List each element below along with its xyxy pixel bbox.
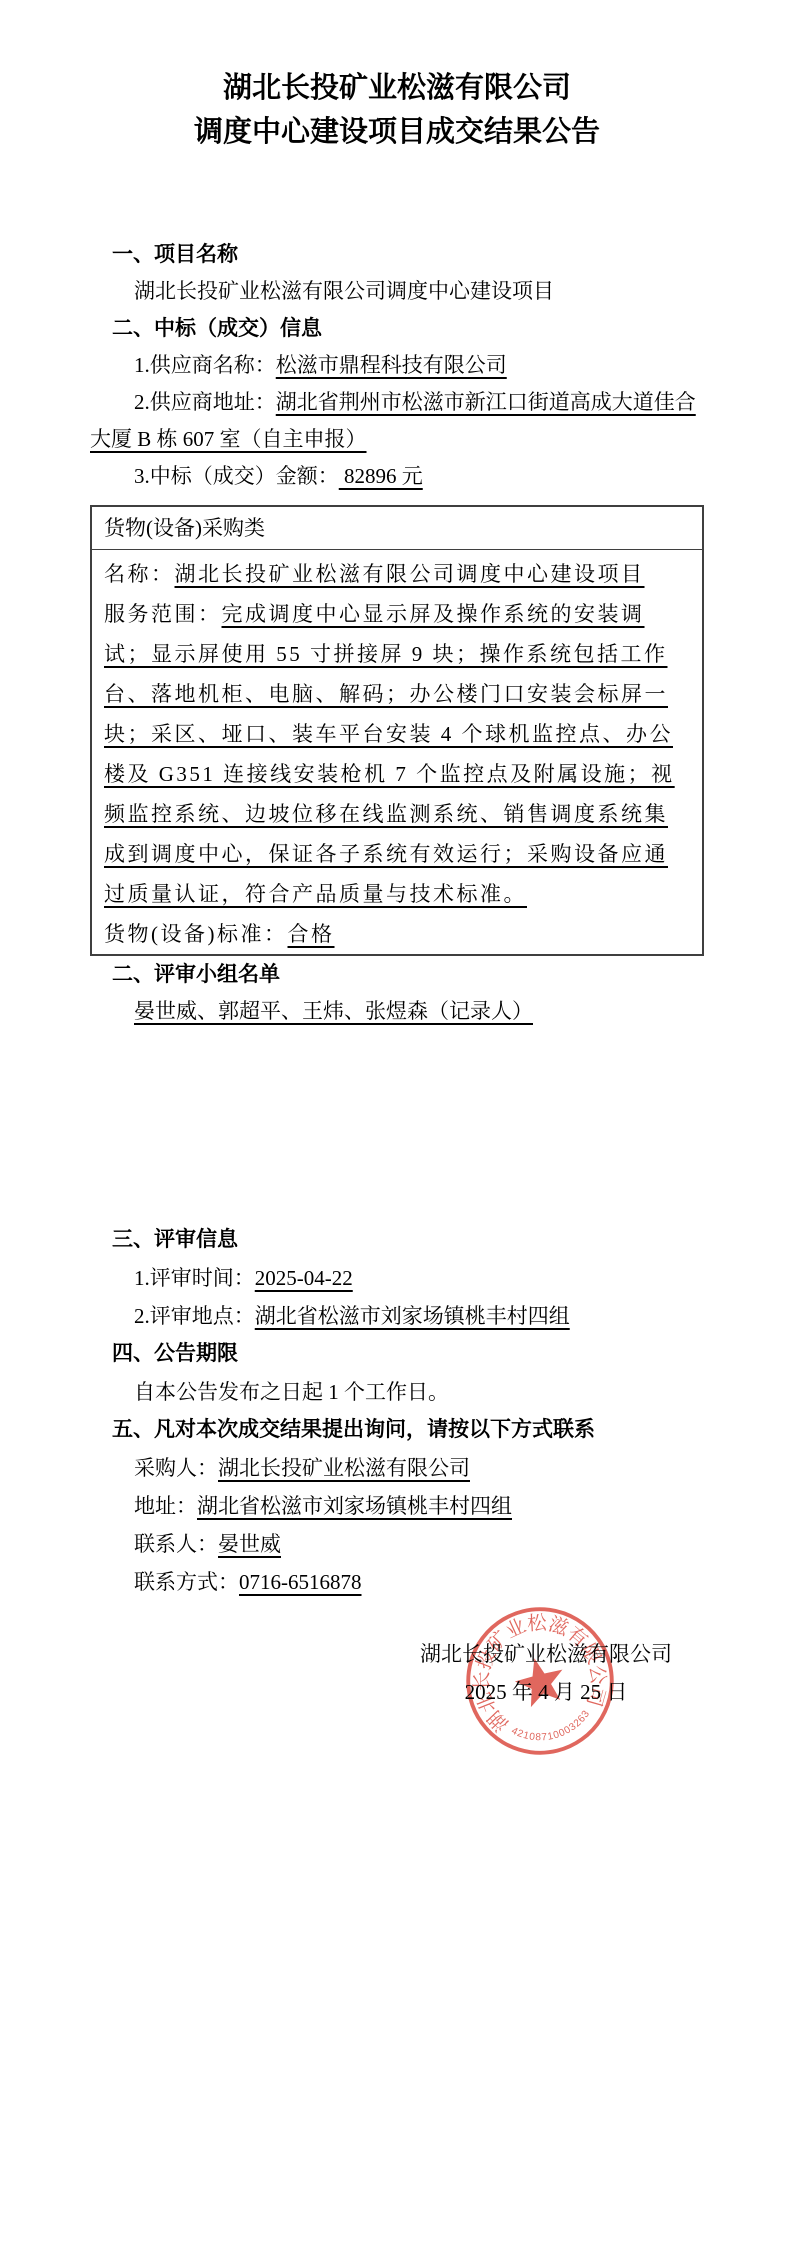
- service-scope-value: 完成调度中心显示屏及操作系统的安装调试；显示屏使用 55 寸拼接屏 9 块；操作…: [104, 602, 675, 906]
- seal-number-text: 42108710003263: [507, 1707, 596, 1752]
- contact-phone-line: 联系方式：0716-6516878: [90, 1563, 704, 1601]
- title-line-2: 调度中心建设项目成交结果公告: [90, 110, 704, 154]
- review-place-label: 2.评审地点：: [134, 1304, 255, 1328]
- review-time-value: 2025-04-22: [255, 1266, 353, 1290]
- goods-standard-value: 合格: [288, 922, 335, 946]
- review-time-label: 1.评审时间：: [134, 1266, 255, 1290]
- procurement-table: 货物(设备)采购类 名称：湖北长投矿业松滋有限公司调度中心建设项目 服务范围：完…: [90, 505, 704, 956]
- item-name-line: 名称：湖北长投矿业松滋有限公司调度中心建设项目: [104, 554, 690, 594]
- star-icon: [511, 1652, 570, 1709]
- procurement-detail-cell: 名称：湖北长投矿业松滋有限公司调度中心建设项目 服务范围：完成调度中心显示屏及操…: [92, 550, 702, 956]
- section3-heading: 三、评审信息: [112, 1221, 704, 1259]
- procurement-category-cell: 货物(设备)采购类: [92, 507, 702, 550]
- service-scope-line: 服务范围：完成调度中心显示屏及操作系统的安装调试；显示屏使用 55 寸拼接屏 9…: [104, 594, 690, 914]
- purchaser-line: 采购人：湖北长投矿业松滋有限公司: [90, 1449, 704, 1487]
- contact-phone-value: 0716-6516878: [239, 1570, 362, 1594]
- title-line-1: 湖北长投矿业松滋有限公司: [90, 66, 704, 110]
- review-team-members: 晏世威、郭超平、王炜、张煜森（记录人）: [90, 993, 704, 1030]
- purchaser-address-label: 地址：: [134, 1494, 197, 1518]
- section1-heading: 一、项目名称: [112, 236, 704, 273]
- service-scope-label: 服务范围：: [104, 602, 222, 626]
- contact-person-label: 联系人：: [134, 1532, 218, 1556]
- contact-phone-label: 联系方式：: [134, 1570, 239, 1594]
- item-name-value: 湖北长投矿业松滋有限公司调度中心建设项目: [175, 562, 645, 586]
- review-place-value: 湖北省松滋市刘家场镇桃丰村四组: [255, 1304, 570, 1328]
- announcement-period-text: 自本公告发布之日起 1 个工作日。: [90, 1373, 704, 1411]
- section5-heading: 五、凡对本次成交结果提出询问，请按以下方式联系: [112, 1411, 704, 1449]
- purchaser-address-line: 地址：湖北省松滋市刘家场镇桃丰村四组: [90, 1487, 704, 1525]
- review-time-line: 1.评审时间：2025-04-22: [90, 1259, 704, 1297]
- supplier-address-line: 2.供应商地址：湖北省荆州市松滋市新江口街道高成大道佳合大厦 B 栋 607 室…: [90, 384, 704, 458]
- supplier-name-label: 1.供应商名称：: [134, 353, 276, 377]
- contact-person-line: 联系人：晏世威: [90, 1525, 704, 1563]
- purchaser-address-value: 湖北省松滋市刘家场镇桃丰村四组: [197, 1494, 512, 1518]
- upper-sections: 一、项目名称 湖北长投矿业松滋有限公司调度中心建设项目 二、中标（成交）信息 1…: [90, 236, 704, 1030]
- supplier-name-line: 1.供应商名称：松滋市鼎程科技有限公司: [90, 347, 704, 384]
- goods-standard-label: 货物(设备)标准：: [104, 922, 288, 946]
- contact-person-value: 晏世威: [218, 1532, 281, 1556]
- project-name-text: 湖北长投矿业松滋有限公司调度中心建设项目: [90, 273, 704, 310]
- svg-text:42108710003263: 42108710003263: [507, 1707, 596, 1752]
- supplier-address-label: 2.供应商地址：: [134, 390, 276, 414]
- goods-standard-line: 货物(设备)标准：合格: [104, 914, 690, 954]
- item-name-label: 名称：: [104, 562, 175, 586]
- award-amount-value: 82896 元: [339, 464, 423, 488]
- review-place-line: 2.评审地点：湖北省松滋市刘家场镇桃丰村四组: [90, 1297, 704, 1335]
- purchaser-label: 采购人：: [134, 1456, 218, 1480]
- award-amount-line: 3.中标（成交）金额： 82896 元: [90, 458, 704, 495]
- purchaser-value: 湖北长投矿业松滋有限公司: [218, 1456, 470, 1480]
- document-content: 湖北长投矿业松滋有限公司 调度中心建设项目成交结果公告 一、项目名称 湖北长投矿…: [0, 0, 794, 1711]
- section4-heading: 四、公告期限: [112, 1335, 704, 1373]
- award-amount-label: 3.中标（成交）金额：: [134, 464, 339, 488]
- document-title: 湖北长投矿业松滋有限公司 调度中心建设项目成交结果公告: [90, 0, 704, 154]
- review-team-heading: 二、评审小组名单: [112, 956, 704, 993]
- section2-heading: 二、中标（成交）信息: [112, 310, 704, 347]
- supplier-name-value: 松滋市鼎程科技有限公司: [276, 353, 507, 377]
- lower-sections: 三、评审信息 1.评审时间：2025-04-22 2.评审地点：湖北省松滋市刘家…: [90, 1221, 704, 1711]
- announcement-page: 湖北长投矿业松滋有限公司 调度中心建设项目成交结果公告 一、项目名称 湖北长投矿…: [0, 0, 794, 2246]
